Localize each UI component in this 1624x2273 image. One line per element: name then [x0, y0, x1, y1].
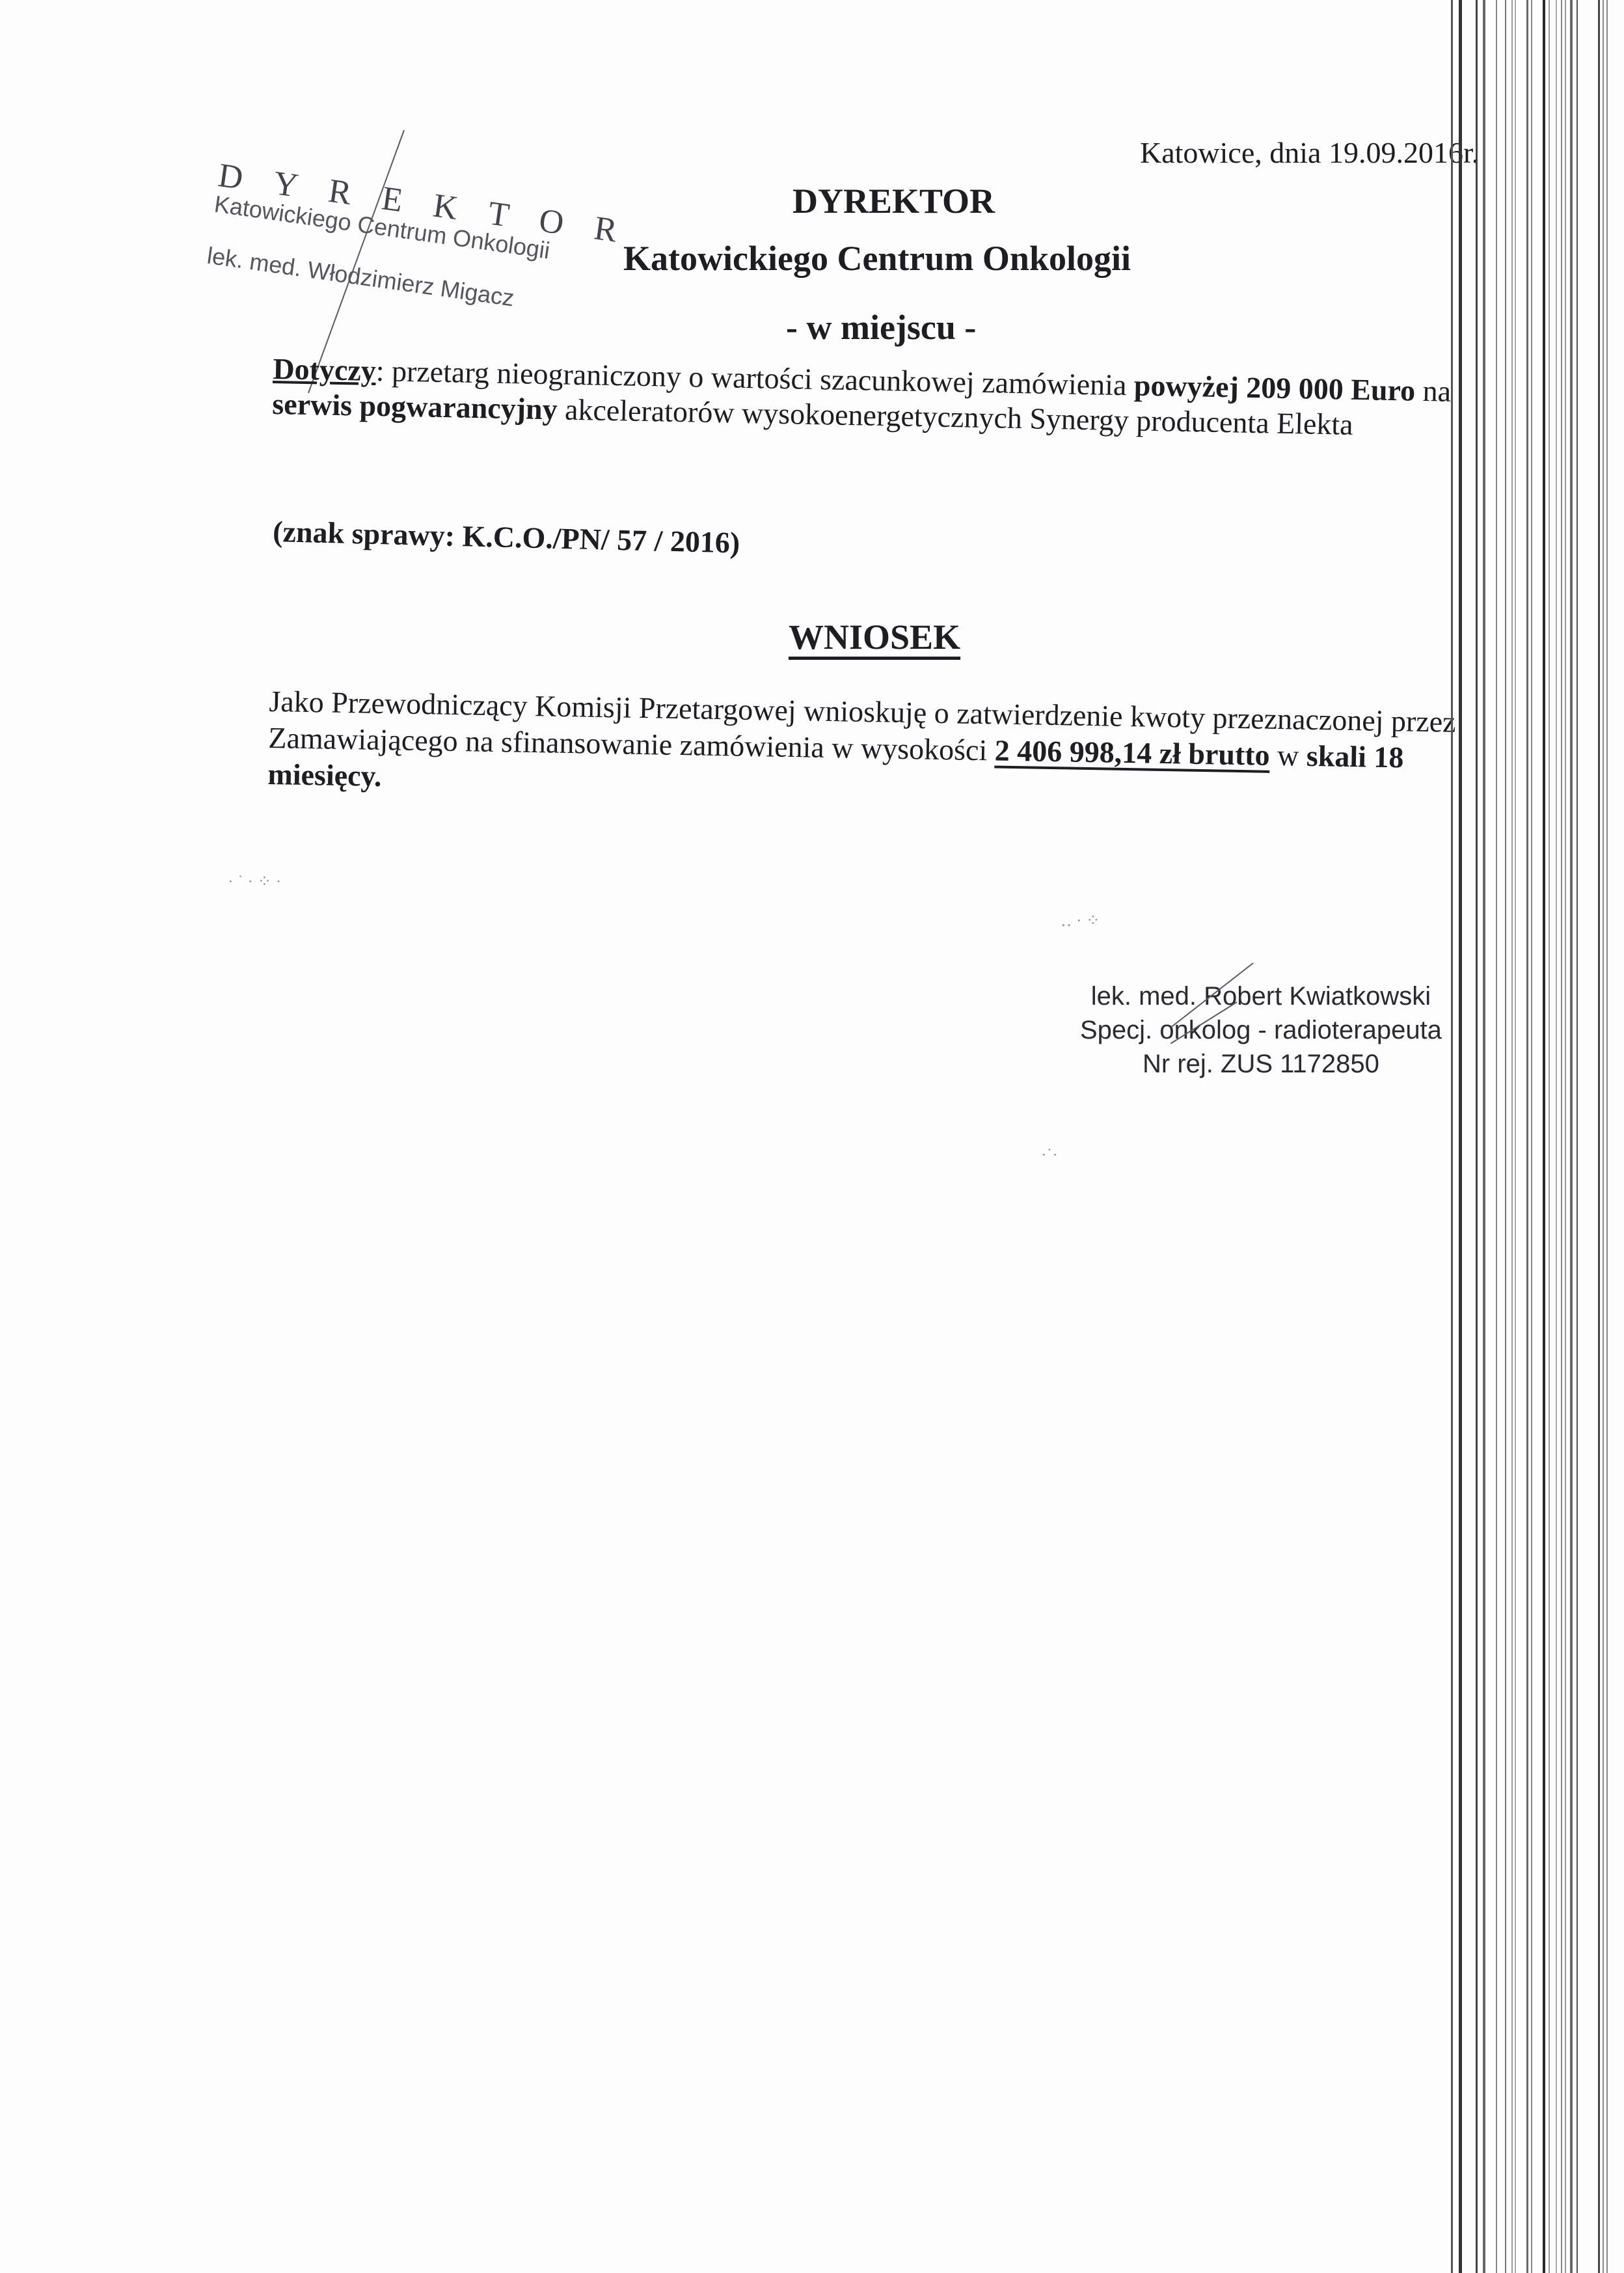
case-number: (znak sprawy: K.C.O./PN/ 57 / 2016) — [273, 514, 740, 560]
scanner-bar — [1556, 0, 1557, 2273]
scanner-bar — [1515, 0, 1516, 2273]
subject-threshold: powyżej 209 000 Euro — [1133, 368, 1415, 407]
addressee-organization: Katowickiego Centrum Onkologii — [623, 238, 1131, 279]
scanner-bar — [1526, 0, 1528, 2273]
subject-label: Dotyczy — [273, 352, 376, 387]
request-body: Jako Przewodniczący Komisji Przetargowej… — [267, 683, 1506, 814]
scanner-bar — [1451, 0, 1453, 2273]
scanned-document-page: DYREKTOR Katowickiego Centrum Onkologii … — [0, 0, 1624, 2273]
scanner-bar — [1483, 0, 1485, 2273]
scanner-bar — [1543, 0, 1545, 2273]
scanner-bar — [1459, 0, 1462, 2273]
scan-noise: ·˙· — [1041, 1145, 1058, 1165]
scanner-bar — [1505, 0, 1506, 2273]
scanner-bar — [1606, 0, 1608, 2273]
scanner-bar — [1603, 0, 1604, 2273]
addressee-place: - w miejscu - — [786, 307, 976, 347]
signature-stamp: lek. med. Robert Kwiatkowski Specj. onko… — [1080, 979, 1442, 1081]
addressee-title: DYREKTOR — [792, 181, 995, 221]
subject-paragraph: Dotyczy: przetarg nieograniczony o warto… — [272, 351, 1496, 445]
scanner-bar — [1496, 0, 1497, 2273]
scanner-bar — [1561, 0, 1562, 2273]
scanner-artifact-bars — [1448, 0, 1624, 2273]
body-text: w — [1269, 739, 1306, 772]
scanner-bar — [1511, 0, 1513, 2273]
subject-service: serwis pogwarancyjny — [272, 387, 558, 426]
scanner-bar — [1570, 0, 1573, 2273]
document-heading: WNIOSEK — [789, 617, 960, 657]
signer-registration: Nr rej. ZUS 1172850 — [1080, 1047, 1442, 1081]
amount-value: 2 406 998,14 zł brutto — [994, 733, 1270, 771]
signer-name: lek. med. Robert Kwiatkowski — [1080, 979, 1442, 1013]
scanner-bar — [1476, 0, 1478, 2273]
scanner-bar — [1577, 0, 1578, 2273]
date-line: Katowice, dnia 19.09.2016r. — [1140, 135, 1479, 170]
scanner-bar — [1598, 0, 1600, 2273]
signer-specialty: Specj. onkolog - radioterapeuta — [1080, 1013, 1442, 1047]
scanner-bar — [1531, 0, 1532, 2273]
scanner-bar — [1565, 0, 1566, 2273]
scan-noise: ‥ · ⁘ — [1061, 911, 1100, 931]
subject-text: na — [1415, 374, 1452, 408]
scanner-bar — [1549, 0, 1550, 2273]
scan-noise: · ˙ · ⁘ · — [228, 872, 281, 892]
